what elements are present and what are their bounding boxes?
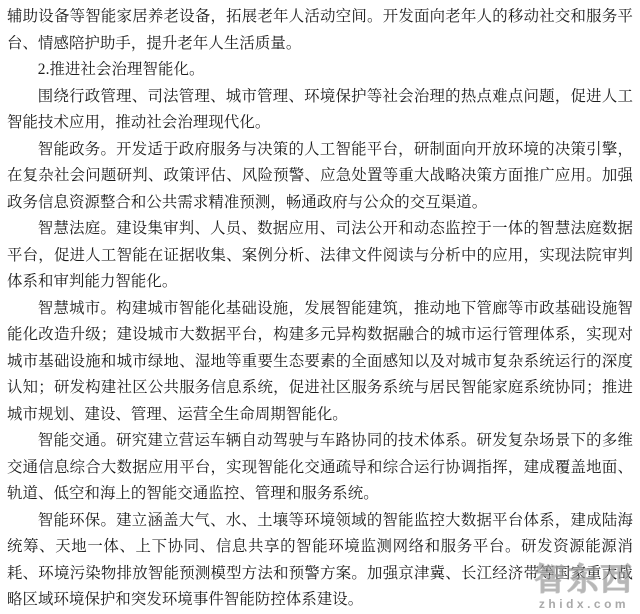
paragraph-social-governance-intro: 围绕行政管理、司法管理、城市管理、环境保护等社会治理的热点难点问题，促进人工智能… xyxy=(7,84,633,137)
paragraph-smart-environment: 智能环保。建立涵盖大气、水、土壤等环境领域的智能监控大数据平台体系，建成陆海统筹… xyxy=(7,508,633,614)
heading-social-governance: 2.推进社会治理智能化。 xyxy=(7,57,633,84)
paragraph-smart-transport: 智能交通。研究建立营运车辆自动驾驶与车路协同的技术体系。研发复杂场景下的多维交通… xyxy=(7,428,633,508)
document-page: 辅助设备等智能家居养老设备，拓展老年人活动空间。开发面向老年人的移动社交和服务平… xyxy=(0,0,640,614)
paragraph-smart-government: 智能政务。开发适于政府服务与决策的人工智能平台，研制面向开放环境的决策引擎，在复… xyxy=(7,137,633,217)
paragraph-smart-city: 智慧城市。构建城市智能化基础设施，发展智能建筑，推动地下管廊等市政基础设施智能化… xyxy=(7,296,633,429)
paragraph-elderly-care-continuation: 辅助设备等智能家居养老设备，拓展老年人活动空间。开发面向老年人的移动社交和服务平… xyxy=(7,4,633,57)
paragraph-smart-court: 智慧法庭。建设集审判、人员、数据应用、司法公开和动态监控于一体的智慧法庭数据平台… xyxy=(7,216,633,296)
